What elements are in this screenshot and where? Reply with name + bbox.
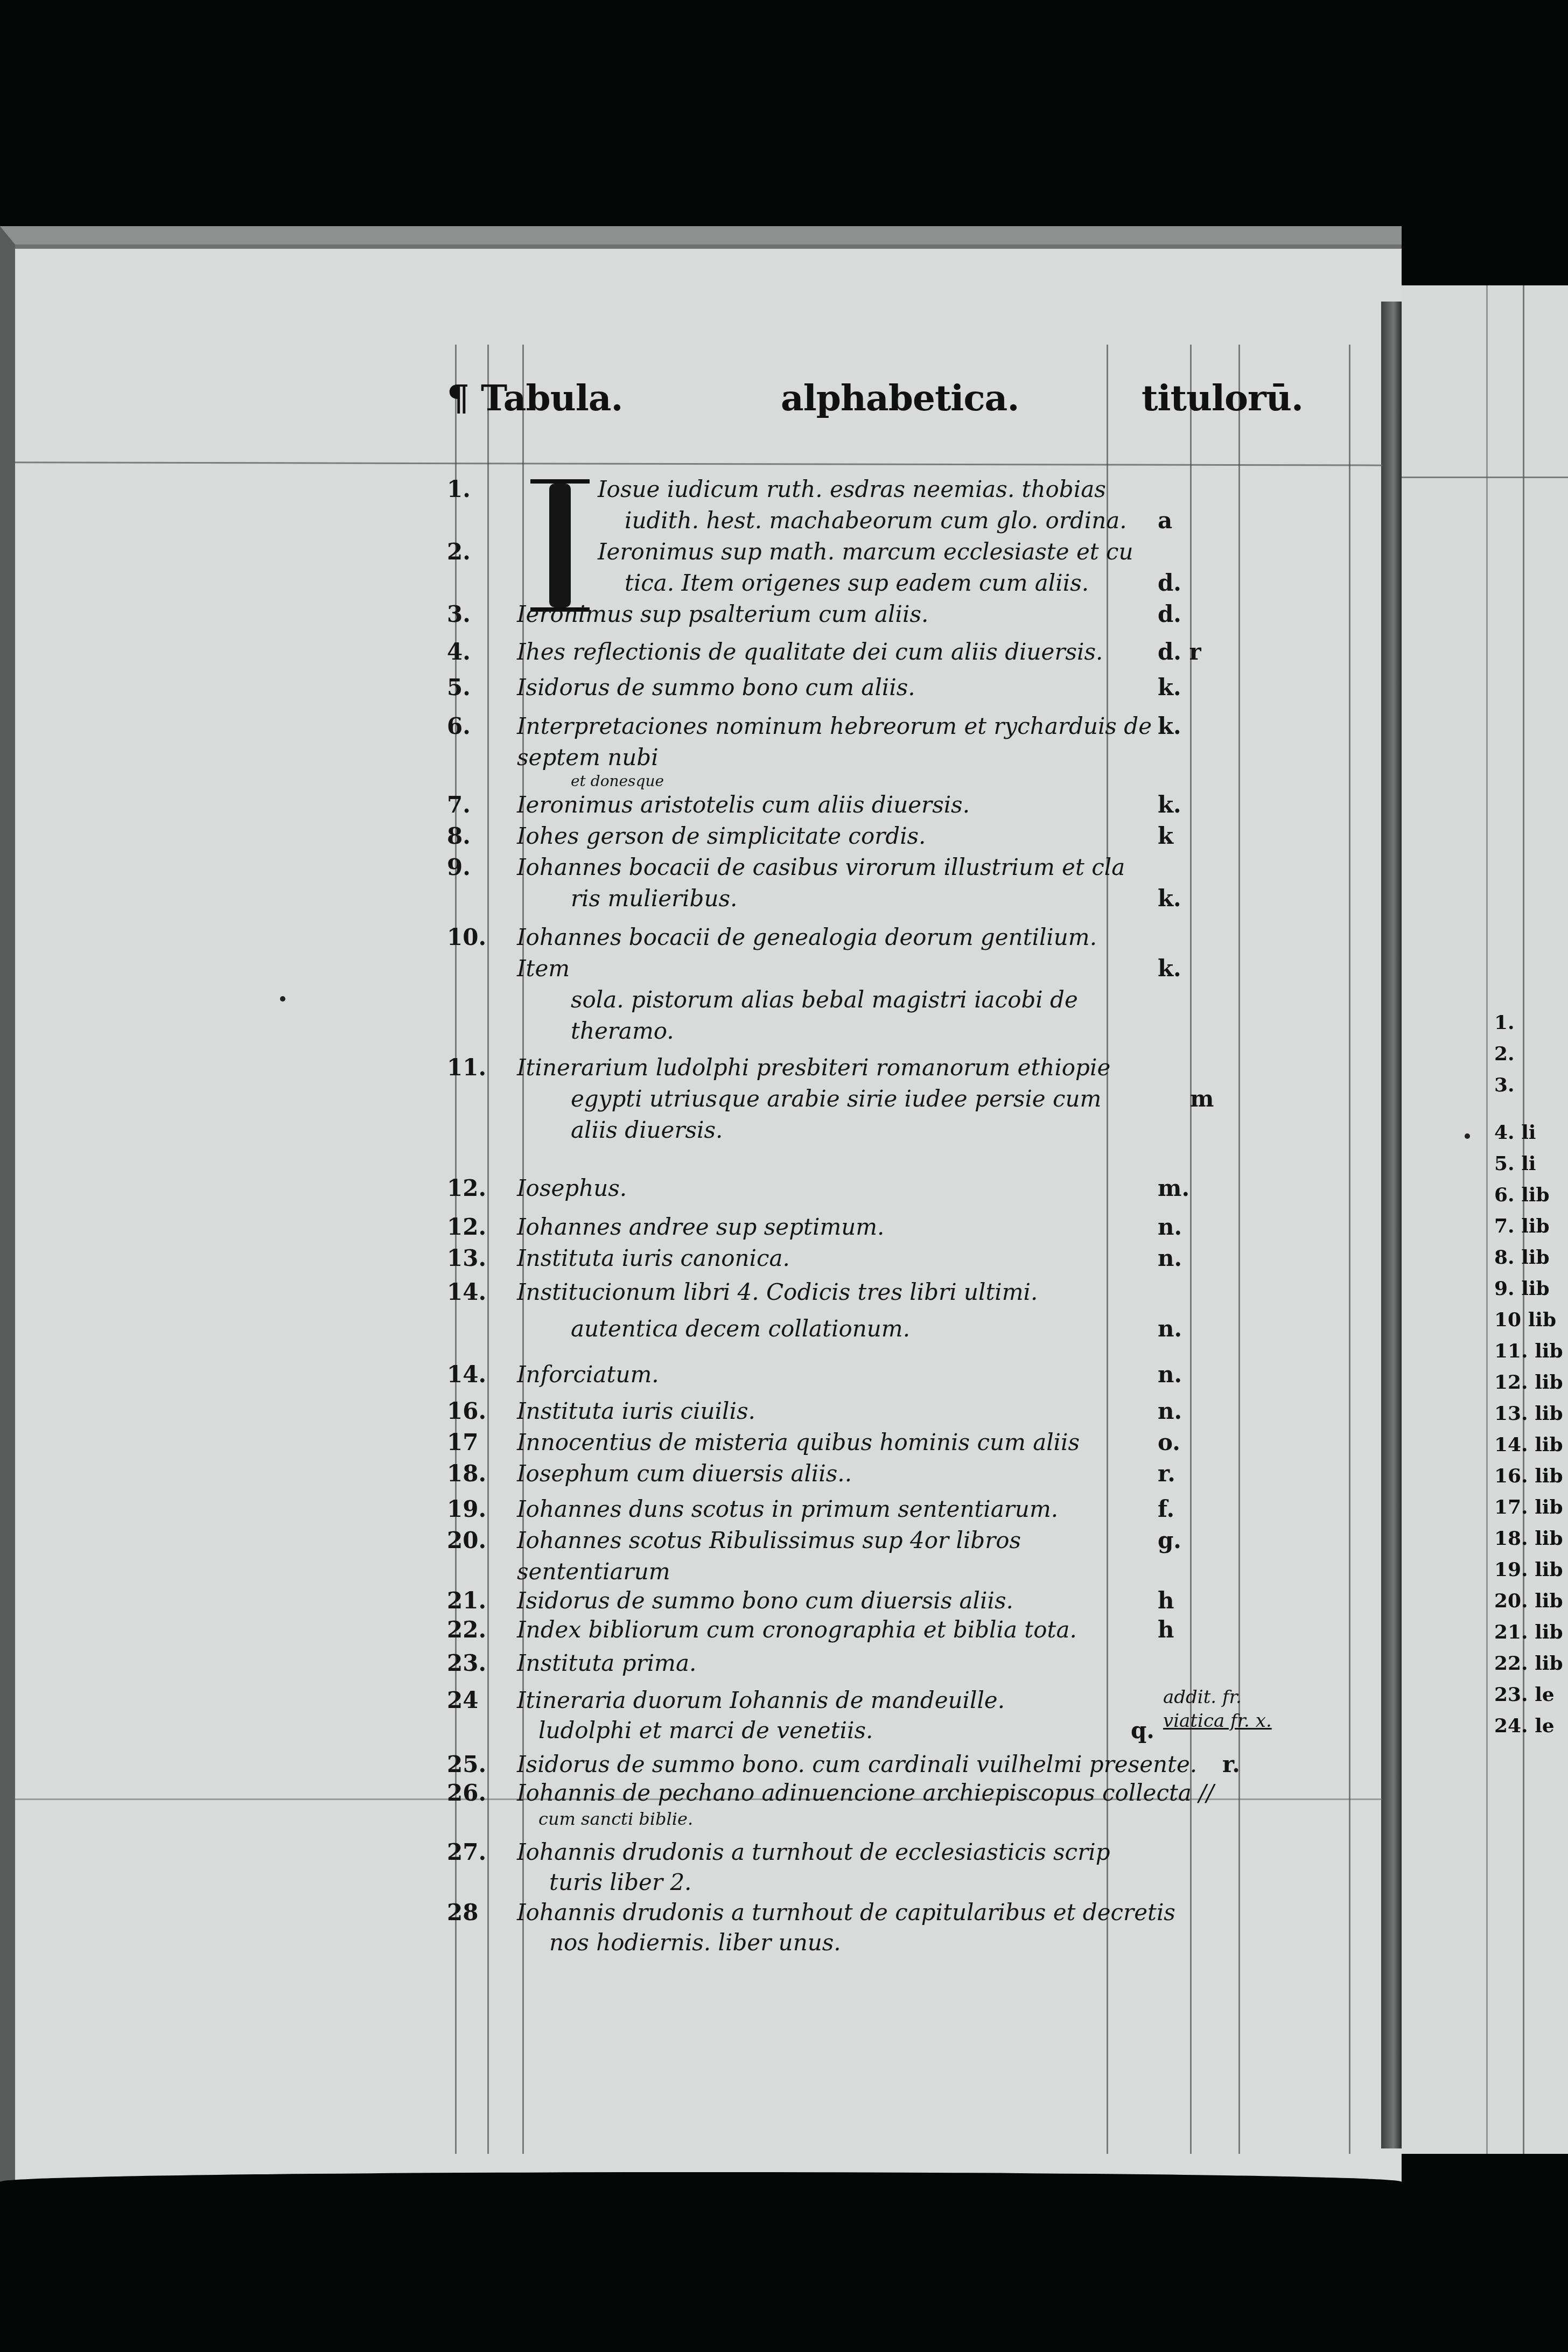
- entry-row: 7. Ieronimus aristotelis cum aliis diuer…: [447, 789, 1362, 821]
- facing-number: 17. lib: [1494, 1492, 1563, 1523]
- entry-letter: n.: [1152, 1396, 1222, 1427]
- entry-row: 5. Isidorus de summo bono cum aliis. k.: [447, 672, 1362, 703]
- entry-letter: k.: [1152, 852, 1222, 914]
- entry-line: Isidorus de summo bono cum diuersis alii…: [517, 1587, 1013, 1614]
- entry-number: 26.: [447, 1780, 517, 1806]
- entry-letter: d.: [1152, 599, 1222, 630]
- page-shadow: [0, 2172, 1402, 2204]
- entry-text: Isidorus de summo bono cum diuersis alii…: [517, 1587, 1152, 1614]
- entry-text: Iohannes bocacii de genealogia deorum ge…: [517, 922, 1152, 1047]
- entry-line: autentica decem collationum.: [517, 1311, 1152, 1347]
- entry-line: Inforciatum.: [517, 1361, 659, 1388]
- entry-line: Ieronimus aristotelis cum aliis diuersis…: [517, 792, 970, 818]
- entry-number: 18.: [447, 1458, 517, 1489]
- facing-number: 6. lib: [1494, 1179, 1563, 1210]
- entry-row: 27. Iohannis drudonis a turnhout de eccl…: [447, 1837, 1362, 1898]
- entry-row: 16. Instituta iuris ciuilis. n.: [447, 1396, 1362, 1427]
- entry-line: nos hodiernis. liber unus.: [517, 1928, 1217, 1958]
- header-alphabetica: alphabetica.: [781, 377, 1019, 419]
- entry-number: 7.: [447, 789, 517, 821]
- entry-row: 3. Ieronimus sup psalterium cum aliis. d…: [447, 599, 1362, 630]
- entry-letter: n.: [1152, 1212, 1222, 1243]
- entry-text: Iosephus.: [517, 1173, 1152, 1204]
- entry-letter: d. r: [1152, 636, 1222, 668]
- entry-number: 24: [447, 1685, 517, 1716]
- entry-line: Iohannes scotus Ribulissimus sup 4or lib…: [517, 1527, 1021, 1585]
- entry-row: 21. Isidorus de summo bono cum diuersis …: [447, 1587, 1362, 1614]
- entry-letter: a: [1152, 474, 1222, 536]
- entry-text: Iosephum cum diuersis aliis..: [517, 1458, 1152, 1489]
- entry-line: Isidorus de summo bono cum aliis.: [517, 674, 915, 701]
- entry-line: Iohannis de pechano adinuencione archiep…: [517, 1780, 1214, 1806]
- facing-number: 1.: [1494, 1007, 1563, 1038]
- header-titulorum: titulorū.: [1142, 377, 1303, 419]
- entry-number: 21.: [447, 1587, 517, 1614]
- entry-line: et donesque: [517, 773, 1152, 789]
- entry-letter: f.: [1152, 1494, 1222, 1525]
- entry-row: 14. Inforciatum. n.: [447, 1359, 1362, 1390]
- entry-text: Iosue iudicum ruth. esdras neemias. thob…: [517, 474, 1152, 536]
- entry-line: Ihes reflectionis de qualitate dei cum a…: [517, 639, 1103, 665]
- facing-number: 4. li: [1494, 1117, 1563, 1148]
- entry-number: 8.: [447, 821, 517, 852]
- entry-row: 8. Iohes gerson de simplicitate cordis. …: [447, 821, 1362, 852]
- entry-number: 1.: [447, 474, 517, 505]
- header-word-alphabetica: alphabetica.: [781, 377, 1019, 419]
- entry-number: 27.: [447, 1837, 517, 1867]
- entry-row: 13. Instituta iuris canonica. n.: [447, 1243, 1362, 1274]
- entry-line: Ieronimus sup psalterium cum aliis.: [517, 601, 928, 627]
- entry-line: Iohannis drudonis a turnhout de ecclesia…: [517, 1839, 1110, 1865]
- facing-number: 5. li: [1494, 1148, 1563, 1179]
- entry-letter: n.: [1152, 1359, 1222, 1390]
- entry-text: Isidorus de summo bono cum aliis.: [517, 672, 1152, 703]
- entry-line: Iohannis drudonis a turnhout de capitula…: [517, 1899, 1175, 1926]
- entry-line: Instituta iuris canonica.: [517, 1245, 790, 1271]
- entry-number: 20.: [447, 1525, 517, 1556]
- entry-line: Instituta prima.: [517, 1650, 696, 1676]
- facing-number: 10 lib: [1494, 1304, 1563, 1335]
- entry-number: 14.: [447, 1274, 517, 1311]
- entry-line: Iohannes andree sup septimum.: [517, 1214, 884, 1240]
- entry-text: Iohannes bocacii de casibus virorum illu…: [517, 852, 1152, 914]
- entry-number: 28: [447, 1898, 517, 1928]
- entry-line: Iohannes bocacii de genealogia deorum ge…: [517, 924, 1097, 982]
- entry-line: sola. pistorum alias bebal magistri iaco…: [517, 984, 1152, 1047]
- margin-note: addit. fr. viatica fr. x.: [1163, 1685, 1325, 1733]
- entry-line: Iosephus.: [517, 1175, 627, 1201]
- entry-number: 22.: [447, 1614, 517, 1646]
- entry-line: turis liber 2.: [517, 1867, 1217, 1898]
- entry-line: ris mulieribus.: [517, 883, 1152, 914]
- entry-letter: d.: [1152, 536, 1222, 599]
- entry-row: 10. Iohannes bocacii de genealogia deoru…: [447, 922, 1362, 1047]
- entry-line: tica. Item origenes sup eadem cum aliis.: [598, 568, 1152, 599]
- entry-line: Innocentius de misteria quibus hominis c…: [517, 1429, 1080, 1455]
- entry-line: Iosue iudicum ruth. esdras neemias. thob…: [598, 476, 1106, 502]
- entry-row: 22. Index bibliorum cum cronographia et …: [447, 1614, 1362, 1646]
- entry-row: 24 Itineraria duorum Iohannis de mandeui…: [447, 1685, 1362, 1746]
- entry-number: 17: [447, 1427, 517, 1458]
- entry-line: Iohannes bocacii de casibus virorum illu…: [517, 854, 1125, 880]
- entry-row: 6. Interpretaciones nominum hebreorum et…: [447, 711, 1362, 789]
- header-word-titulorum: titulorū.: [1142, 377, 1303, 419]
- entry-text: Ieronimus aristotelis cum aliis diuersis…: [517, 789, 1152, 821]
- entry-row: 11. Itinerarium ludolphi presbiteri roma…: [447, 1052, 1362, 1146]
- entry-number: 9.: [447, 852, 517, 883]
- entry-number: 25.: [447, 1749, 517, 1780]
- entry-letter: r.: [1217, 1749, 1287, 1780]
- facing-number: 24. le: [1494, 1710, 1563, 1741]
- header-word-tabula: Tabula.: [481, 377, 623, 419]
- entry-row: 2. Ieronimus sup math. marcum ecclesiast…: [447, 536, 1362, 599]
- facing-number: 13. lib: [1494, 1398, 1563, 1429]
- facing-number: 21. lib: [1494, 1616, 1563, 1648]
- entry-number: 23.: [447, 1648, 517, 1679]
- book-gutter: [1381, 302, 1402, 2148]
- entry-row: 9. Iohannes bocacii de casibus virorum i…: [447, 852, 1362, 914]
- entry-line: Iohannes duns scotus in primum sententia…: [517, 1496, 1058, 1522]
- entry-line: Iosephum cum diuersis aliis..: [517, 1460, 852, 1487]
- entry-line: egypti utriusque arabie sirie iudee pers…: [517, 1083, 1152, 1146]
- entry-text: Innocentius de misteria quibus hominis c…: [517, 1427, 1152, 1458]
- facing-number: 9. lib: [1494, 1273, 1563, 1304]
- margin-note-line: addit. fr.: [1163, 1685, 1325, 1709]
- entry-letter: q.: [1125, 1685, 1163, 1746]
- entry-row: 19. Iohannes duns scotus in primum sente…: [447, 1494, 1362, 1525]
- entry-line: cum sancti biblie.: [517, 1806, 1217, 1832]
- entry-text: Ieronimus sup math. marcum ecclesiaste e…: [517, 536, 1152, 599]
- entry-text: Iohannis drudonis a turnhout de capitula…: [517, 1898, 1217, 1958]
- facing-number: 19. lib: [1494, 1554, 1563, 1585]
- entry-text: Iohannes andree sup septimum.: [517, 1212, 1152, 1243]
- entry-line: Ieronimus sup math. marcum ecclesiaste e…: [598, 538, 1133, 565]
- entry-text: Isidorus de summo bono. cum cardinali vu…: [517, 1749, 1217, 1780]
- entry-number: 16.: [447, 1396, 517, 1427]
- entry-number: 11.: [447, 1052, 517, 1083]
- header-tabula: ¶ Tabula.: [447, 377, 623, 419]
- ruling-right-page-top: [1402, 477, 1568, 478]
- ink-dot: [280, 996, 285, 1002]
- entry-line: Institucionum libri 4. Codicis tres libr…: [517, 1279, 1038, 1305]
- ink-dot: [1465, 1133, 1470, 1139]
- entry-number: 6.: [447, 711, 517, 742]
- entry-row: 4. Ihes reflectionis de qualitate dei cu…: [447, 636, 1362, 668]
- entry-letter: k: [1152, 821, 1222, 852]
- entry-letter: o.: [1152, 1427, 1222, 1458]
- entry-text: Instituta iuris ciuilis.: [517, 1396, 1152, 1427]
- facing-number: 16. lib: [1494, 1460, 1563, 1492]
- entry-row: 20. Iohannes scotus Ribulissimus sup 4or…: [447, 1525, 1362, 1587]
- entry-row: 25. Isidorus de summo bono. cum cardinal…: [447, 1749, 1362, 1780]
- facing-number: 12. lib: [1494, 1367, 1563, 1398]
- entry-line: Instituta iuris ciuilis.: [517, 1398, 755, 1424]
- facing-number: 7. lib: [1494, 1210, 1563, 1242]
- entry-text: Instituta prima.: [517, 1648, 1152, 1679]
- entry-text: Iohes gerson de simplicitate cordis.: [517, 821, 1152, 852]
- entry-text: Itineraria duorum Iohannis de mandeuille…: [517, 1685, 1125, 1746]
- entry-text: Institucionum libri 4. Codicis tres libr…: [517, 1274, 1152, 1347]
- entry-letter: k.: [1152, 789, 1222, 821]
- entry-text: Inforciatum.: [517, 1359, 1152, 1390]
- entry-row: 17 Innocentius de misteria quibus homini…: [447, 1427, 1362, 1458]
- entry-row: 28 Iohannis drudonis a turnhout de capit…: [447, 1898, 1362, 1958]
- entry-number: 5.: [447, 672, 517, 703]
- entry-number: 19.: [447, 1494, 517, 1525]
- entry-line: Iohes gerson de simplicitate cordis.: [517, 823, 926, 849]
- entry-letter: h: [1152, 1587, 1222, 1614]
- entry-letter: n.: [1152, 1243, 1222, 1274]
- entry-row: 26. Iohannis de pechano adinuencione arc…: [447, 1780, 1362, 1832]
- entry-line: Isidorus de summo bono. cum cardinali vu…: [517, 1751, 1197, 1777]
- entry-text: Iohannes duns scotus in primum sententia…: [517, 1494, 1152, 1525]
- entry-row: 12. Iosephus. m.: [447, 1173, 1362, 1204]
- facing-number: 22. lib: [1494, 1648, 1563, 1679]
- entry-text: Ihes reflectionis de qualitate dei cum a…: [517, 636, 1152, 668]
- facing-page-numbers: 1. 2. 3. 4. li 5. li 6. lib 7. lib 8. li…: [1494, 1007, 1563, 1741]
- facing-number: 2.: [1494, 1038, 1563, 1069]
- entry-row: 1. Iosue iudicum ruth. esdras neemias. t…: [447, 474, 1362, 536]
- entry-text: Interpretaciones nominum hebreorum et ry…: [517, 711, 1152, 789]
- entry-line: Itineraria duorum Iohannis de mandeuille…: [517, 1687, 1005, 1713]
- facing-number: 23. le: [1494, 1679, 1563, 1710]
- entry-line: ludolphi et marci de venetiis.: [517, 1716, 1125, 1746]
- entry-text: Instituta iuris canonica.: [517, 1243, 1152, 1274]
- entry-text: Iohannis drudonis a turnhout de ecclesia…: [517, 1837, 1217, 1898]
- entry-letter: k.: [1152, 922, 1222, 984]
- entry-row: 23. Instituta prima.: [447, 1648, 1362, 1679]
- entry-letter: g.: [1152, 1525, 1222, 1556]
- entry-number: 14.: [447, 1359, 517, 1390]
- entry-number: 4.: [447, 636, 517, 668]
- entry-row: 12. Iohannes andree sup septimum. n.: [447, 1212, 1362, 1243]
- facing-number: 14. lib: [1494, 1429, 1563, 1460]
- entry-text: Iohannes scotus Ribulissimus sup 4or lib…: [517, 1525, 1152, 1587]
- facing-number: 18. lib: [1494, 1523, 1563, 1554]
- entry-number: 13.: [447, 1243, 517, 1274]
- entry-number: 3.: [447, 599, 517, 630]
- entry-text: Itinerarium ludolphi presbiteri romanoru…: [517, 1052, 1152, 1146]
- margin-note-line: viatica fr. x.: [1163, 1709, 1325, 1733]
- entry-letter: m.: [1152, 1173, 1222, 1204]
- entry-line: Itinerarium ludolphi presbiteri romanoru…: [517, 1054, 1110, 1081]
- entry-row: 14. Institucionum libri 4. Codicis tres …: [447, 1274, 1362, 1347]
- facing-number: 20. lib: [1494, 1585, 1563, 1616]
- facing-number: 11. lib: [1494, 1335, 1563, 1367]
- entry-letter: h: [1152, 1614, 1222, 1646]
- entry-text: Ieronimus sup psalterium cum aliis.: [517, 599, 1152, 630]
- entry-text: Iohannis de pechano adinuencione archiep…: [517, 1780, 1217, 1832]
- ruling-right-page-1: [1486, 285, 1488, 2154]
- entry-letter: k.: [1152, 672, 1222, 703]
- entry-text: Index bibliorum cum cronographia et bibl…: [517, 1614, 1152, 1646]
- entry-number: 12.: [447, 1212, 517, 1243]
- entry-letter: k.: [1152, 711, 1222, 742]
- entry-letter: m: [1152, 1052, 1255, 1115]
- entry-letter: r.: [1152, 1458, 1222, 1489]
- entry-number: 10.: [447, 922, 517, 953]
- entry-number: 2.: [447, 536, 517, 568]
- entry-line: Index bibliorum cum cronographia et bibl…: [517, 1616, 1077, 1643]
- pilcrow-mark: ¶: [447, 377, 469, 419]
- facing-number: 3.: [1494, 1069, 1563, 1101]
- entry-letter: n.: [1152, 1274, 1222, 1347]
- entry-line: Interpretaciones nominum hebreorum et ry…: [517, 713, 1152, 771]
- entries-list: 1. Iosue iudicum ruth. esdras neemias. t…: [447, 474, 1362, 1958]
- entry-number: 12.: [447, 1173, 517, 1204]
- facing-number: 8. lib: [1494, 1242, 1563, 1273]
- entry-line: iudith. hest. machabeorum cum glo. ordin…: [598, 505, 1152, 536]
- entry-row: 18. Iosephum cum diuersis aliis.. r.: [447, 1458, 1362, 1489]
